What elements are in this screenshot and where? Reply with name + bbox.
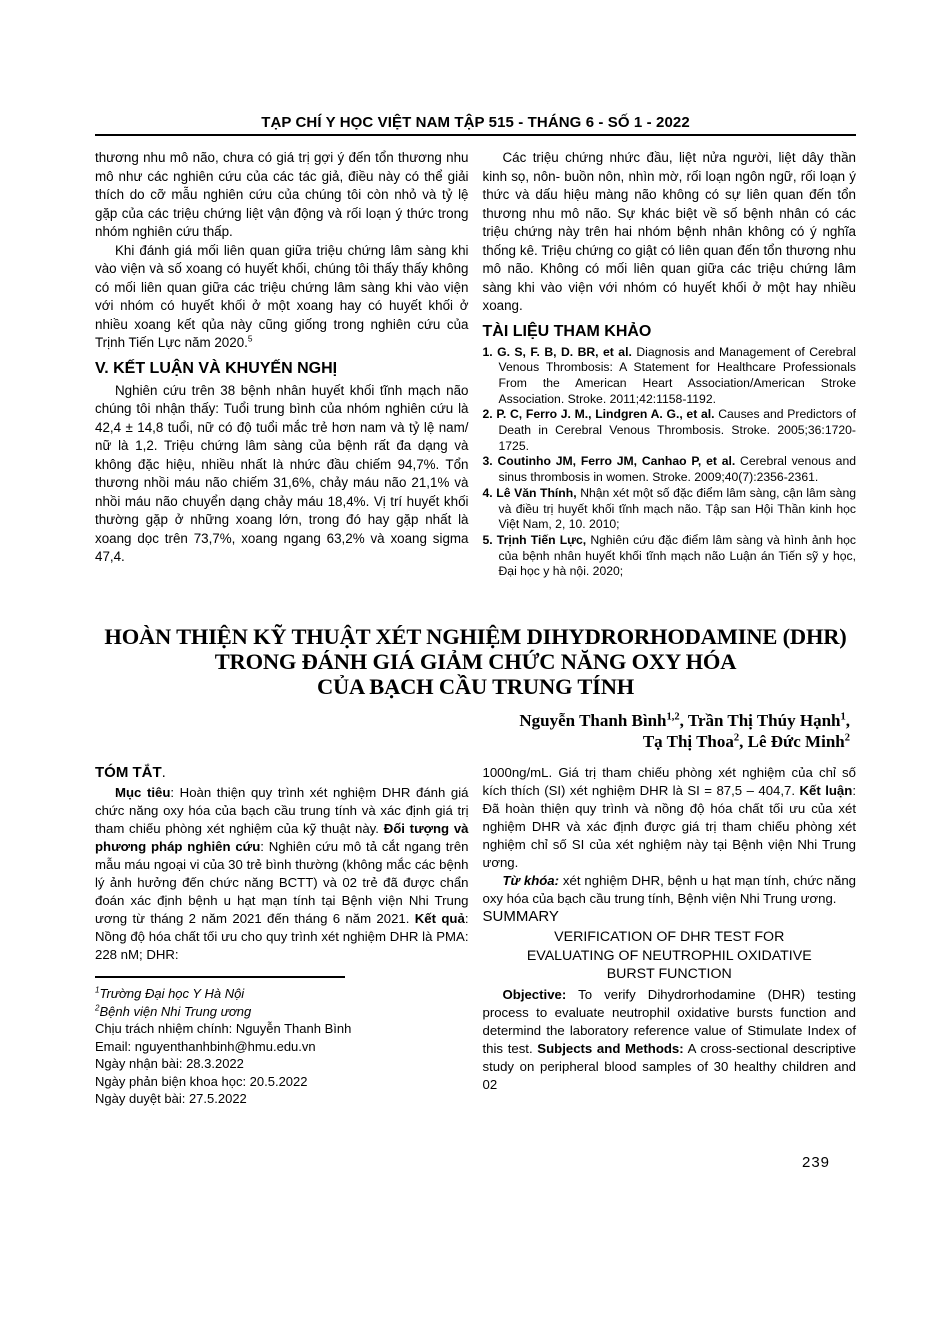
article2-left-column: TÓM TẮT. Mục tiêu: Hoàn thiện quy trình … xyxy=(95,764,469,1108)
keywords-paragraph: Từ khóa: xét nghiệm DHR, bệnh u hạt mạn … xyxy=(483,872,857,908)
article1-columns: thương nhu mô não, chưa có giá trị gợi ý… xyxy=(95,149,856,580)
reference-authors: 3. Coutinho JM, Ferro JM, Canhao P, et a… xyxy=(483,454,736,468)
summary-paragraph: Objective: To verify Dihydrorhodamine (D… xyxy=(483,986,857,1094)
references-heading: TÀI LIỆU THAM KHẢO xyxy=(483,323,857,341)
article1-right-column: Các triệu chứng nhức đầu, liệt nửa người… xyxy=(483,149,857,580)
reference-authors: 2. P. C, Ferro J. M., Lindgren A. G., et… xyxy=(483,407,715,421)
reviewed-date: Ngày phản biện khoa học: 20.5.2022 xyxy=(95,1073,469,1091)
journal-header: TẠP CHÍ Y HỌC VIỆT NAM TẬP 515 - THÁNG 6… xyxy=(95,114,856,131)
corresponding-author: Chịu trách nhiệm chính: Nguyễn Thanh Bìn… xyxy=(95,1020,469,1038)
article2-title-line: CỦA BẠCH CẦU TRUNG TÍNH xyxy=(95,674,856,699)
article2-title-line: HOÀN THIỆN KỸ THUẬT XÉT NGHIỆM DIHYDRORH… xyxy=(95,624,856,649)
abstract-paragraph: Mục tiêu: Hoàn thiện quy trình xét nghiệ… xyxy=(95,784,469,964)
article2-authors: Nguyễn Thanh Bình1,2, Trần Thị Thúy Hạnh… xyxy=(95,710,856,752)
abstract-paragraph-continued: 1000ng/mL. Giá trị tham chiếu phòng xét … xyxy=(483,764,857,872)
reference-item: 2. P. C, Ferro J. M., Lindgren A. G., et… xyxy=(483,407,857,454)
summary-title: VERIFICATION OF DHR TEST FOR EVALUATING … xyxy=(489,928,851,984)
summary-title-line: EVALUATING OF NEUTROPHIL OXIDATIVE xyxy=(489,947,851,966)
article2-right-column: 1000ng/mL. Giá trị tham chiếu phòng xét … xyxy=(483,764,857,1108)
journal-page: TẠP CHÍ Y HỌC VIỆT NAM TẬP 515 - THÁNG 6… xyxy=(0,0,942,1333)
paragraph: Nghiên cứu trên 38 bệnh nhân huyết khối … xyxy=(95,382,469,567)
page-number: 239 xyxy=(802,1154,830,1171)
received-date: Ngày nhận bài: 28.3.2022 xyxy=(95,1055,469,1073)
paragraph: Các triệu chứng nhức đầu, liệt nửa người… xyxy=(483,149,857,316)
accepted-date: Ngày duyệt bài: 27.5.2022 xyxy=(95,1090,469,1108)
paragraph: thương nhu mô não, chưa có giá trị gợi ý… xyxy=(95,149,469,242)
article2-columns: TÓM TẮT. Mục tiêu: Hoàn thiện quy trình … xyxy=(95,764,856,1108)
abstract-heading: TÓM TẮT. xyxy=(95,764,469,781)
reference-authors: 1. G. S, F. B, D. BR, et al. xyxy=(483,345,632,359)
summary-heading: SUMMARY xyxy=(483,908,857,925)
conclusion-heading: V. KẾT LUẬN VÀ KHUYẾN NGHỊ xyxy=(95,360,469,378)
reference-item: 5. Trịnh Tiến Lực, Nghiên cứu đặc điểm l… xyxy=(483,533,857,580)
header-divider xyxy=(95,134,856,136)
affiliation: 2Bệnh viện Nhi Trung ương xyxy=(95,1003,469,1021)
article2-title: HOÀN THIỆN KỸ THUẬT XÉT NGHIỆM DIHYDRORH… xyxy=(95,624,856,699)
reference-authors: 4. Lê Văn Thính, xyxy=(483,486,577,500)
authors-line: Nguyễn Thanh Bình1,2, Trần Thị Thúy Hạnh… xyxy=(95,710,850,731)
authors-line: Tạ Thị Thoa2, Lê Đức Minh2 xyxy=(95,731,850,752)
page-content: TẠP CHÍ Y HỌC VIỆT NAM TẬP 515 - THÁNG 6… xyxy=(95,114,856,1108)
paragraph: Khi đánh giá mối liên quan giữa triệu ch… xyxy=(95,242,469,353)
footnote-divider xyxy=(95,976,345,978)
reference-authors: 5. Trịnh Tiến Lực, xyxy=(483,533,587,547)
reference-item: 3. Coutinho JM, Ferro JM, Canhao P, et a… xyxy=(483,454,857,485)
references-list: 1. G. S, F. B, D. BR, et al. Diagnosis a… xyxy=(483,345,857,581)
affiliation: 1Trường Đại học Y Hà Nội xyxy=(95,985,469,1003)
footnotes-block: 1Trường Đại học Y Hà Nội 2Bệnh viện Nhi … xyxy=(95,985,469,1108)
summary-title-line: VERIFICATION OF DHR TEST FOR xyxy=(489,928,851,947)
email-line: Email: nguyenthanhbinh@hmu.edu.vn xyxy=(95,1038,469,1056)
reference-item: 1. G. S, F. B, D. BR, et al. Diagnosis a… xyxy=(483,345,857,408)
summary-title-line: BURST FUNCTION xyxy=(489,965,851,984)
article2-title-line: TRONG ĐÁNH GIÁ GIẢM CHỨC NĂNG OXY HÓA xyxy=(95,649,856,674)
article1-left-column: thương nhu mô não, chưa có giá trị gợi ý… xyxy=(95,149,469,580)
reference-item: 4. Lê Văn Thính, Nhận xét một số đặc điể… xyxy=(483,486,857,533)
